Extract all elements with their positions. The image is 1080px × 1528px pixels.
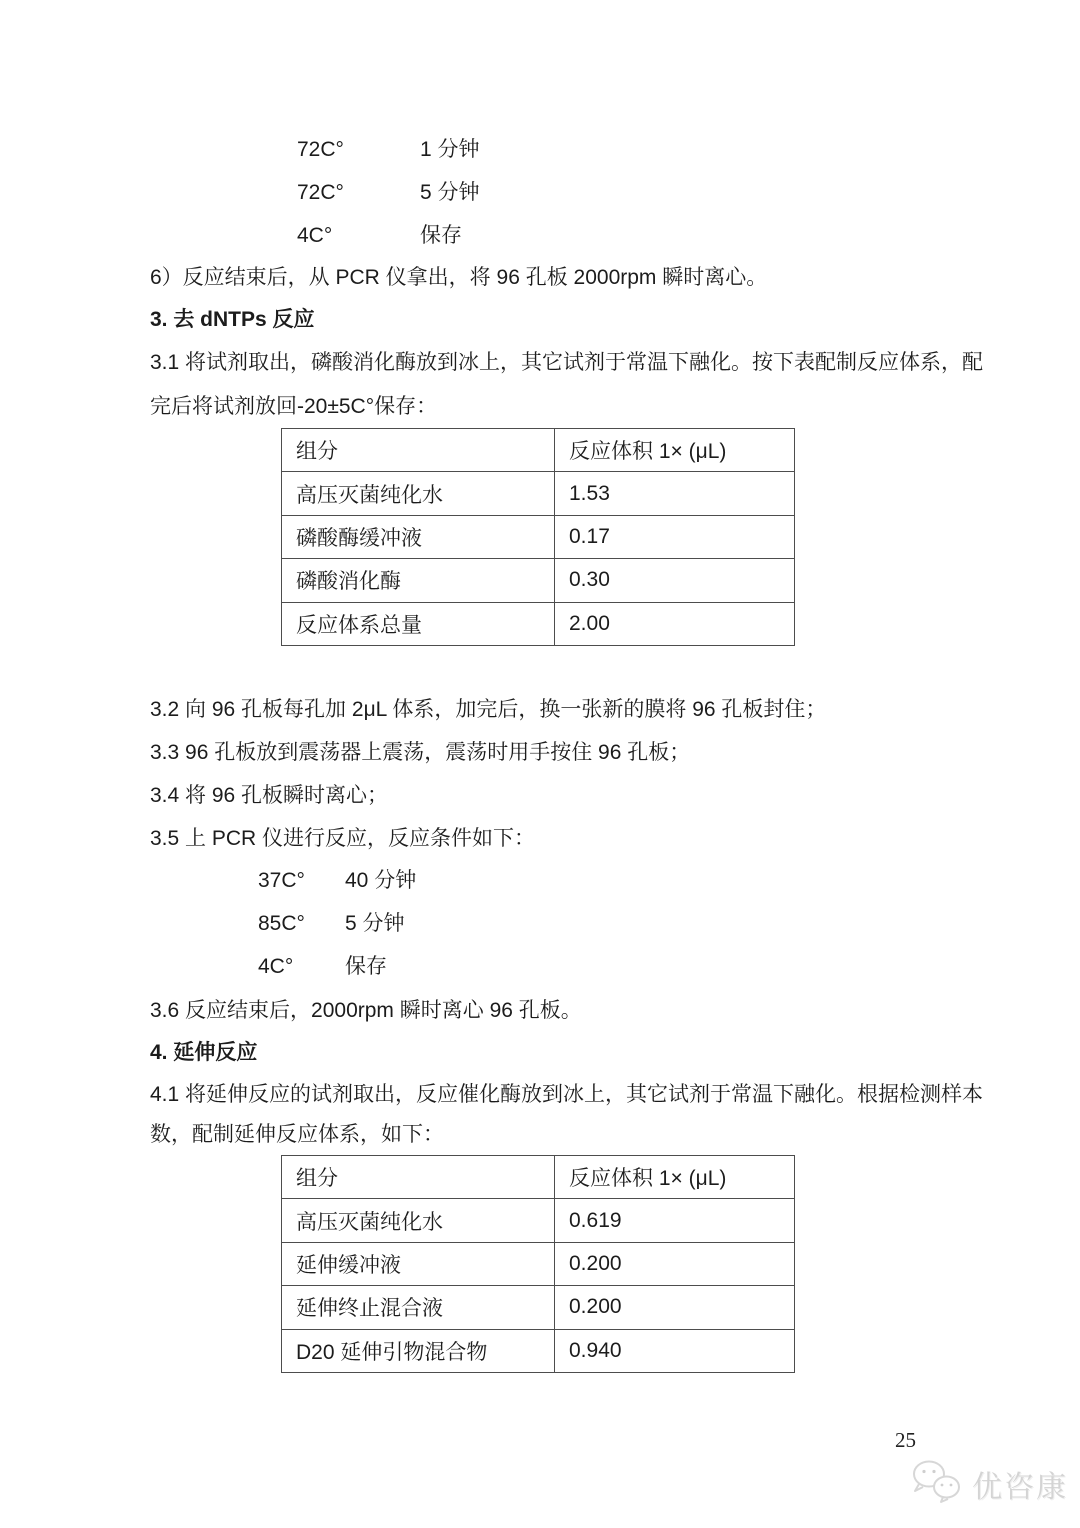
volume-cell: 0.619 [555, 1199, 795, 1242]
dntps-reaction-table: 组分 反应体积 1× (μL) 高压灭菌纯化水 1.53 磷酸酶缓冲液 0.17… [281, 428, 795, 646]
step-3-4-text: 3.4 将 96 孔板瞬时离心； [150, 784, 388, 808]
brand-watermark: 优咨康 [910, 1458, 1068, 1509]
table-row: D20 延伸引物混合物 0.940 [282, 1329, 795, 1372]
table-row: 磷酸酶缓冲液 0.17 [282, 515, 795, 558]
thermal-temp: 4C° [297, 224, 332, 248]
thermal-duration: 1 分钟 [420, 138, 480, 162]
thermal-step-row: 4C° 保存 [0, 224, 1080, 248]
thermal-temp: 37C° [258, 869, 305, 893]
thermal-duration: 保存 [420, 224, 462, 248]
table-header-row: 组分 反应体积 1× (μL) [282, 1156, 795, 1199]
table-row: 反应体系总量 2.00 [282, 602, 795, 645]
step-4-1-line1: 4.1 将延伸反应的试剂取出，反应催化酶放到冰上，其它试剂于常温下融化。根据检测… [150, 1083, 983, 1107]
step-3-5-text: 3.5 上 PCR 仪进行反应，反应条件如下： [150, 827, 535, 851]
extension-reaction-table: 组分 反应体积 1× (μL) 高压灭菌纯化水 0.619 延伸缓冲液 0.20… [281, 1155, 795, 1373]
table-row: 高压灭菌纯化水 1.53 [282, 472, 795, 515]
step-6-text: 6）反应结束后，从 PCR 仪拿出，将 96 孔板 2000rpm 瞬时离心。 [150, 266, 767, 290]
volume-cell: 0.30 [555, 559, 795, 602]
component-cell: 延伸缓冲液 [282, 1242, 555, 1285]
section-4-heading: 4. 延伸反应 [150, 1041, 257, 1065]
table-row: 延伸终止混合液 0.200 [282, 1286, 795, 1329]
table-header-component: 组分 [282, 429, 555, 472]
component-cell: 反应体系总量 [282, 602, 555, 645]
component-cell: 高压灭菌纯化水 [282, 1199, 555, 1242]
thermal-temp: 72C° [297, 181, 344, 205]
component-cell: 磷酸酶缓冲液 [282, 515, 555, 558]
volume-cell: 0.200 [555, 1286, 795, 1329]
thermal-duration: 5 分钟 [420, 181, 480, 205]
component-cell: 磷酸消化酶 [282, 559, 555, 602]
step-4-1-line2: 数，配制延伸反应体系，如下： [150, 1123, 444, 1147]
thermal-duration: 40 分钟 [345, 869, 416, 893]
table-row: 磷酸消化酶 0.30 [282, 559, 795, 602]
page-number: 25 [895, 1428, 916, 1453]
thermal-temp: 85C° [258, 912, 305, 936]
thermal-step-row: 85C° 5 分钟 [0, 912, 1080, 936]
volume-cell: 0.200 [555, 1242, 795, 1285]
component-cell: D20 延伸引物混合物 [282, 1329, 555, 1372]
table-header-volume: 反应体积 1× (μL) [555, 1156, 795, 1199]
watermark-brand-text: 优咨康 [972, 1462, 1068, 1506]
document-page: 72C° 1 分钟 72C° 5 分钟 4C° 保存 6）反应结束后，从 PCR… [0, 0, 1080, 1528]
thermal-temp: 72C° [297, 138, 344, 162]
table-header-row: 组分 反应体积 1× (μL) [282, 429, 795, 472]
thermal-step-row: 4C° 保存 [0, 955, 1080, 979]
thermal-temp: 4C° [258, 955, 293, 979]
step-3-6-text: 3.6 反应结束后，2000rpm 瞬时离心 96 孔板。 [150, 999, 582, 1023]
section-3-heading: 3. 去 dNTPs 反应 [150, 308, 315, 332]
thermal-duration: 5 分钟 [345, 912, 405, 936]
thermal-step-row: 72C° 5 分钟 [0, 181, 1080, 205]
thermal-duration: 保存 [345, 955, 387, 979]
volume-cell: 0.940 [555, 1329, 795, 1372]
volume-cell: 2.00 [555, 602, 795, 645]
wechat-icon [910, 1458, 964, 1509]
component-cell: 高压灭菌纯化水 [282, 472, 555, 515]
step-3-2-text: 3.2 向 96 孔板每孔加 2μL 体系，加完后，换一张新的膜将 96 孔板封… [150, 698, 826, 722]
thermal-step-row: 37C° 40 分钟 [0, 869, 1080, 893]
step-3-3-text: 3.3 96 孔板放到震荡器上震荡，震荡时用手按住 96 孔板； [150, 741, 690, 765]
table-row: 延伸缓冲液 0.200 [282, 1242, 795, 1285]
table-row: 高压灭菌纯化水 0.619 [282, 1199, 795, 1242]
table-header-volume: 反应体积 1× (μL) [555, 429, 795, 472]
table-header-component: 组分 [282, 1156, 555, 1199]
volume-cell: 1.53 [555, 472, 795, 515]
component-cell: 延伸终止混合液 [282, 1286, 555, 1329]
thermal-step-row: 72C° 1 分钟 [0, 138, 1080, 162]
step-3-1-line2: 完后将试剂放回-20±5C°保存： [150, 395, 437, 419]
step-3-1-line1: 3.1 将试剂取出，磷酸消化酶放到冰上，其它试剂于常温下融化。按下表配制反应体系… [150, 351, 983, 375]
volume-cell: 0.17 [555, 515, 795, 558]
